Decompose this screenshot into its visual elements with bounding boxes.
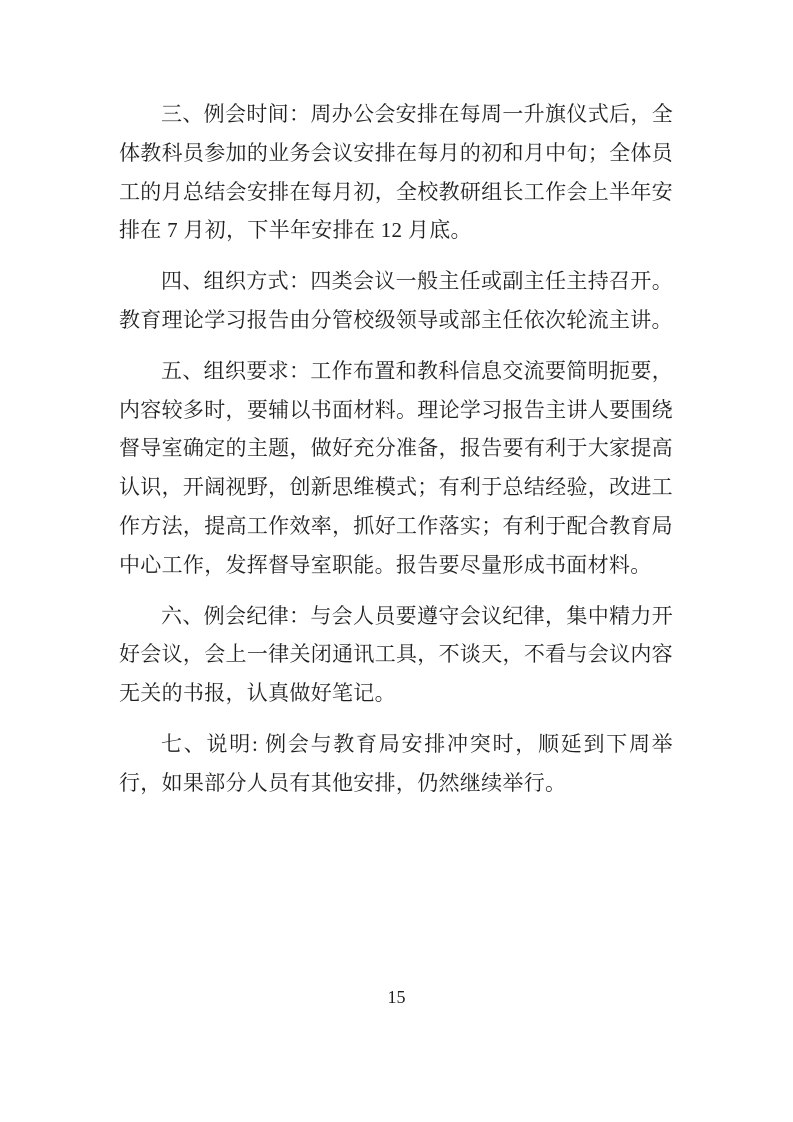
page-number: 15 bbox=[0, 986, 793, 1008]
paragraph-note: 七、说明: 例会与教育局安排冲突时，顺延到下周举行，如果部分人员有其他安排，仍然… bbox=[119, 725, 673, 803]
document-page: 三、例会时间：周办公会安排在每周一升旗仪式后，全体教科员参加的业务会议安排在每月… bbox=[0, 0, 793, 1122]
paragraph-organization-method: 四、组织方式：四类会议一般主任或副主任主持召开。教育理论学习报告由分管校级领导或… bbox=[119, 262, 673, 340]
paragraph-organization-requirements: 五、组织要求：工作布置和教科信息交流要简明扼要，内容较多时，要辅以书面材料。理论… bbox=[119, 352, 673, 585]
paragraph-meeting-time: 三、例会时间：周办公会安排在每周一升旗仪式后，全体教科员参加的业务会议安排在每月… bbox=[119, 95, 673, 250]
document-body: 三、例会时间：周办公会安排在每周一升旗仪式后，全体教科员参加的业务会议安排在每月… bbox=[119, 95, 673, 815]
paragraph-meeting-discipline: 六、例会纪律：与会人员要遵守会议纪律，集中精力开好会议，会上一律关闭通讯工具，不… bbox=[119, 597, 673, 713]
